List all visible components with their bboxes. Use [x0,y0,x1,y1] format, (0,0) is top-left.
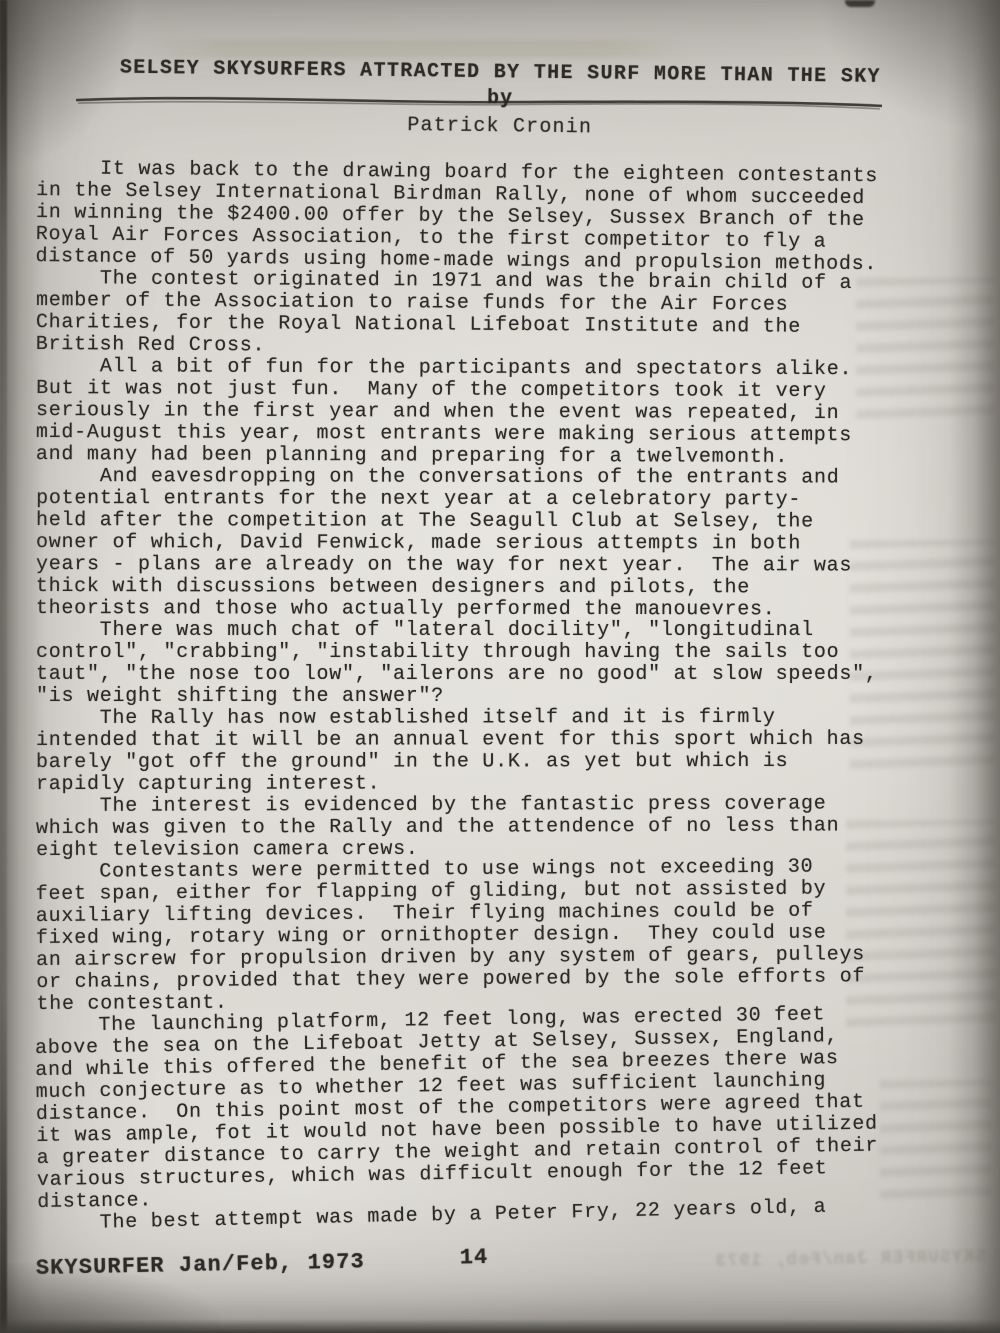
paragraph: And eavesdropping on the conversations o… [36,466,966,622]
text-line: potential entrants for the next year at … [36,488,966,512]
text-line: control", "crabbing", "instability throu… [36,642,966,664]
page-right-edge-shadow [948,0,1000,1333]
article-header: SELSEY SKYSURFERS ATTRACTED BY THE SURF … [69,56,930,158]
text-line: And eavesdropping on the conversations o… [36,466,966,490]
paragraph: There was much chat of "lateral docility… [36,620,966,708]
text-line: thick with discussions between designers… [36,576,966,600]
corner-shadow [0,0,140,170]
text-line: years - plans are already on the way for… [36,554,966,578]
bleedthrough-smudge [150,40,690,58]
text-line: "is weight shifting the answer"? [36,686,966,708]
text-line: The Rally has now established itself and… [36,707,966,730]
scanned-page-photo: SELSEY SKYSURFERS ATTRACTED BY THE SURF … [0,0,1000,1333]
book-spine-edge [0,0,7,1333]
photo-edge-notch [845,0,875,7]
corner-shadow [820,0,1000,130]
photo-bottom-edge [0,1319,1000,1333]
paragraph: The launching platform, 12 feet long, wa… [35,1002,968,1214]
paragraph: All a bit of fun for the participants an… [36,356,966,470]
text-line: which was given to the Rally and the att… [36,815,966,840]
text-line: There was much chat of "lateral docility… [36,620,966,642]
paragraph: The Rally has now established itself and… [36,707,966,796]
text-line: intended that it will be an annual event… [36,729,966,752]
paragraph: The contest originated in 1971 and was t… [36,268,967,362]
paragraph: The interest is evidenced by the fantast… [36,793,966,862]
article-body: It was back to the drawing board for the… [36,158,966,1236]
text-line: taut", "the nose too low", "ailerons are… [36,664,966,686]
paragraph: Contestants were permitted to use wings … [35,856,966,1016]
magazine-page: SELSEY SKYSURFERS ATTRACTED BY THE SURF … [0,0,1000,1333]
text-line: held after the competition at The Seagul… [36,510,966,534]
paragraph: It was back to the drawing board for the… [35,158,966,277]
text-line: barely "got off the ground" in the U.K. … [36,751,966,774]
page-number: 14 [460,1245,489,1271]
text-line: owner of which, David Fenwick, made seri… [36,532,966,556]
